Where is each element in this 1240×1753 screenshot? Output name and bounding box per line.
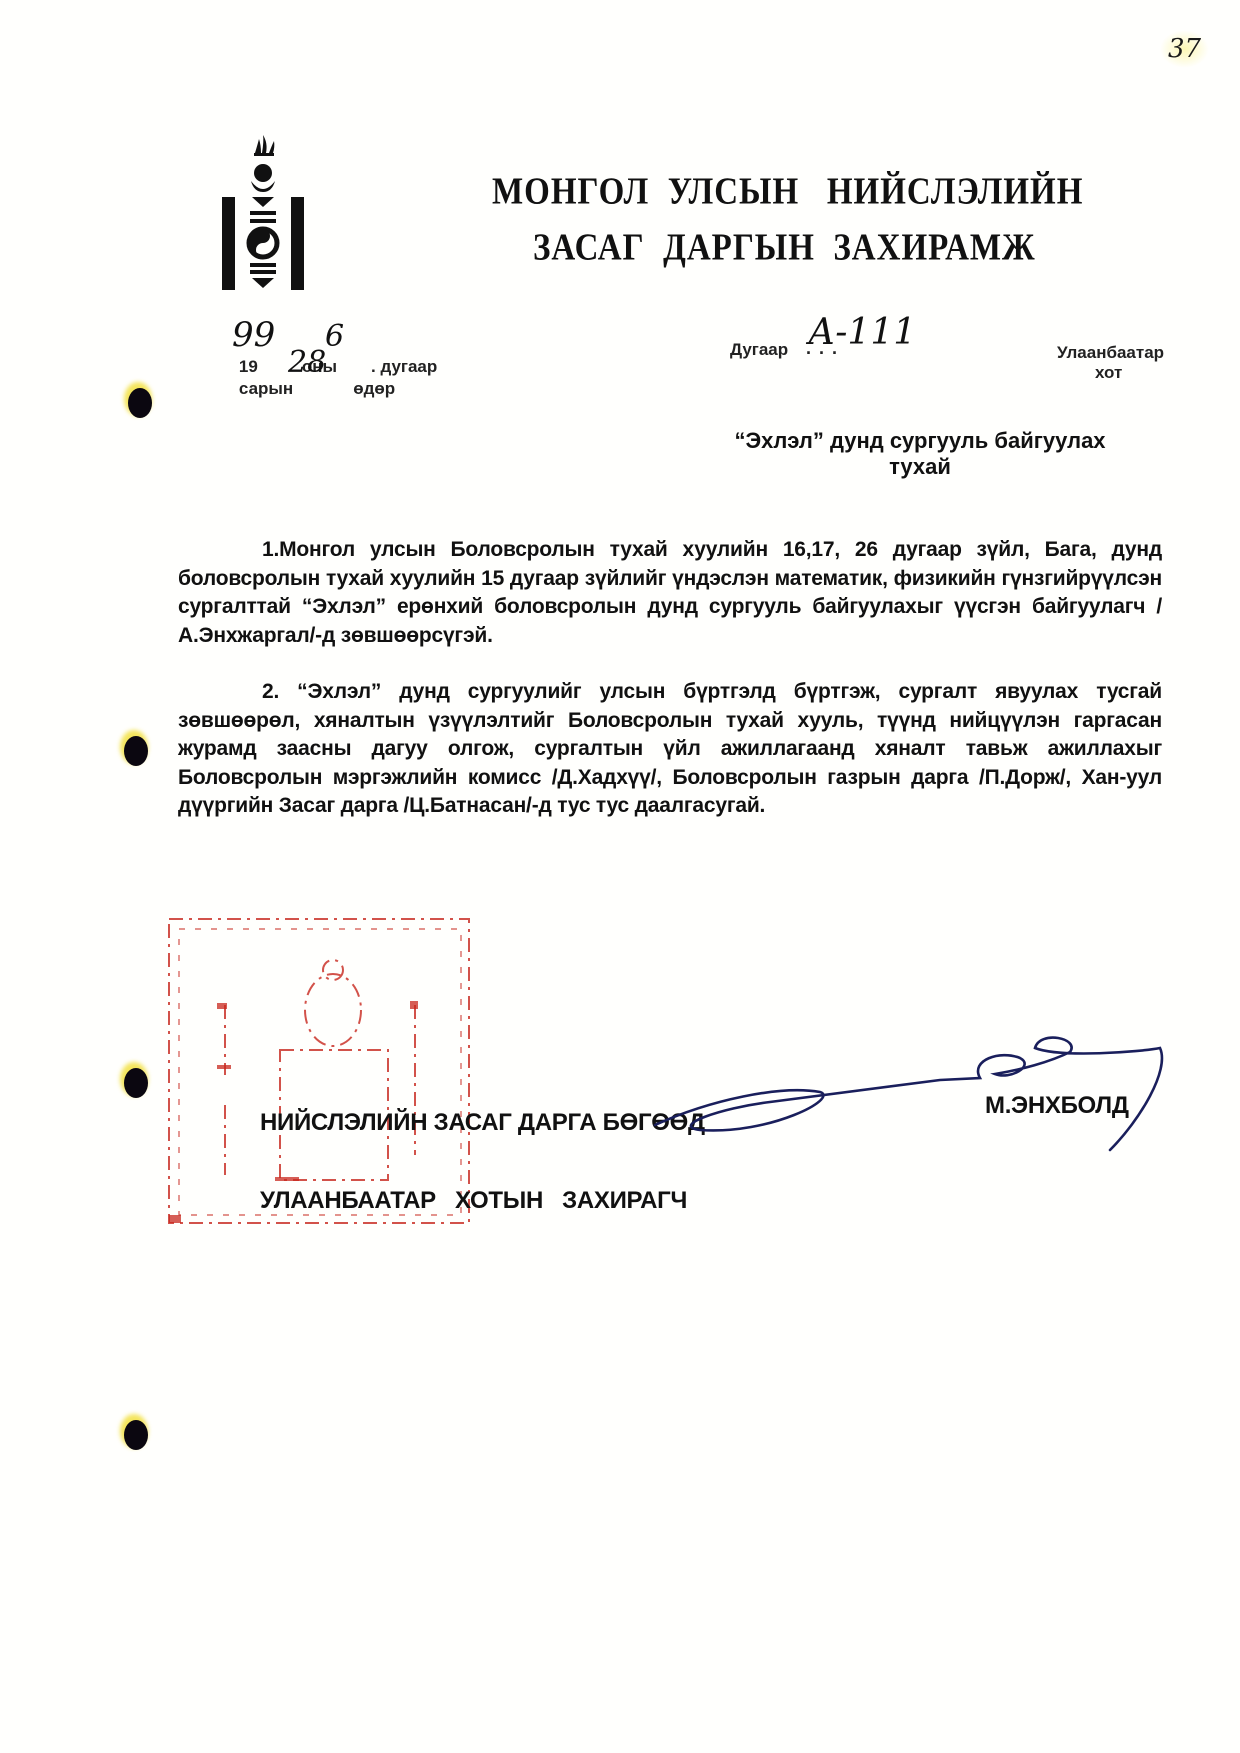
- signatory-position-line-2: УЛААНБААТАР ХОТЫН ЗАХИРАГЧ: [260, 1188, 705, 1214]
- signatory-position: НИЙСЛЭЛИЙН ЗАСАГ ДАРГА БӨГӨӨД УЛААНБААТА…: [260, 1058, 705, 1240]
- punch-hole-1: [128, 388, 152, 418]
- punch-hole-4: [124, 1420, 148, 1450]
- document-body: 1.Монгол улсын Боловсролын тухай хуулийн…: [178, 536, 1162, 849]
- city-type: хот: [1057, 363, 1197, 383]
- document-number: Дугаар ... А-111: [730, 318, 930, 368]
- page-number: 37: [1160, 30, 1209, 68]
- mongolia-state-emblem-icon: [222, 135, 304, 290]
- subject-line-1: “Эхлэл” дунд сургууль байгуулах: [700, 428, 1140, 454]
- signatory-position-line-1: НИЙСЛЭЛИЙН ЗАСАГ ДАРГА БӨГӨӨД: [260, 1110, 705, 1136]
- body-paragraph-2: 2. “Эхлэл” дунд сургуулийг улсын бүртгэл…: [178, 678, 1162, 821]
- city-name: Улаанбаатар: [1057, 343, 1197, 363]
- number-label: Дугаар: [730, 340, 788, 360]
- punch-hole-3: [124, 1068, 148, 1098]
- document-title-line-1: МОНГОЛ УЛСЫН НИЙСЛЭЛИЙН: [492, 171, 1083, 214]
- signer-name: М.ЭНХБОЛД: [985, 1092, 1129, 1120]
- handwritten-year: 99: [232, 315, 275, 355]
- punch-hole-2: [124, 736, 148, 766]
- month-word: сарын: [239, 379, 293, 398]
- day-suffix: өдөр: [353, 379, 395, 398]
- handwritten-number: А-111: [808, 312, 916, 353]
- date-block: 19оны. дугаар сарынөдөр 99 6 28: [220, 325, 480, 385]
- handwritten-month: 6: [325, 319, 344, 354]
- document-subject: “Эхлэл” дунд сургууль байгуулах тухай: [700, 428, 1140, 480]
- handwritten-day: 28: [288, 345, 326, 380]
- body-paragraph-1: 1.Монгол улсын Боловсролын тухай хуулийн…: [178, 536, 1162, 650]
- subject-line-2: тухай: [700, 454, 1140, 480]
- city-block: Улаанбаатар хот: [1057, 343, 1197, 383]
- document-title-line-2: ЗАСАГ ДАРГЫН ЗАХИРАМЖ: [533, 227, 1036, 270]
